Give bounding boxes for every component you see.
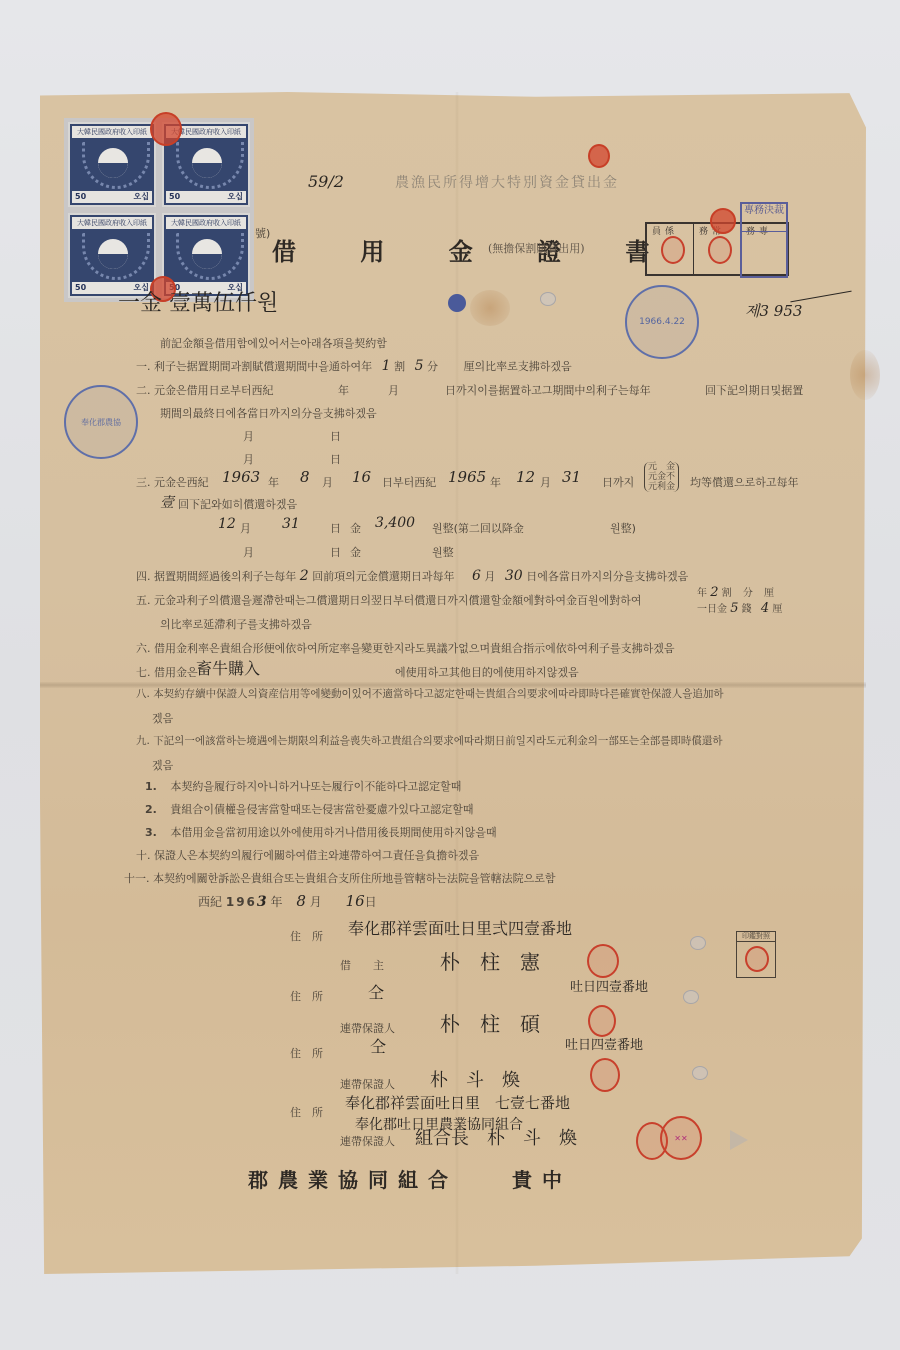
filled-value: 30 — [505, 568, 523, 584]
unit: 錢 — [742, 604, 752, 615]
red-seal-icon — [708, 236, 732, 264]
clause-number: 三. — [136, 476, 151, 489]
unit: 日 — [330, 451, 341, 467]
clause-text: 원整(第二回以降金 — [432, 520, 524, 536]
clause-number: 九. — [136, 735, 150, 747]
unit: 日 — [330, 428, 341, 444]
clause-text: 下記의一에該當하는境遇에는期限의利益을喪失하고貴組合의要求에따라期日前일지라도元… — [153, 735, 722, 747]
end-month: 12 — [516, 468, 535, 486]
stamp-issuer: 大韓民國政府收入印紙 — [72, 126, 152, 138]
late-rate-annual: 年 2 割 分 厘 — [697, 584, 774, 600]
clause-number: 十. — [136, 849, 151, 862]
address-label: 住 所 — [290, 988, 323, 1004]
stamp-issuer: 大韓民國政府收入印紙 — [166, 217, 246, 229]
clause-text: 日에各當日까지의分을支拂하겠음 — [526, 570, 688, 583]
clause-number: 六. — [136, 642, 151, 655]
stamp-value-korean: 오십 — [134, 191, 149, 203]
blue-postmark-icon: 奉化郡農協 — [64, 385, 138, 459]
cancelled-seal-icon: ✕✕ — [660, 1116, 702, 1160]
clause-text: 元金은借用日로부터西紀 — [154, 384, 274, 397]
document-title: 借 用 金 證 書 — [272, 232, 677, 267]
unit: 一日金 — [697, 604, 727, 615]
filled-value: 2 — [710, 585, 718, 600]
clause-text: 겠음 — [152, 757, 173, 773]
unit: 年 — [270, 895, 282, 909]
faint-header-text: 農漁民所得增大特別資金貸出金 — [395, 172, 619, 192]
taegeuk-icon — [192, 239, 222, 269]
reference-number: 59/2 — [308, 172, 344, 191]
red-seal-icon — [587, 944, 619, 978]
stamp-issuer: 大韓民國政府收入印紙 — [72, 217, 152, 229]
start-month: 8 — [300, 468, 310, 486]
clause-text: 겠음 — [152, 710, 173, 726]
filled-value: 4 — [761, 601, 769, 616]
loan-purpose: 畜牛購入 — [196, 656, 260, 679]
unit: 割 — [722, 588, 732, 599]
year-handwritten: 3 — [257, 894, 267, 910]
clause-text: 本契約存續中保證人의資産信用等에變動이있어不適當하다고認定한때는貴組合의要求에따… — [153, 688, 723, 700]
seal-verification-box: 印鑑對照 — [736, 931, 776, 978]
unit: 月 — [243, 451, 254, 467]
unit: 月 — [240, 520, 251, 536]
unit: 月 — [310, 895, 322, 909]
unit: 日 — [330, 544, 341, 560]
clause-3: 三. 元金은西紀 — [136, 474, 209, 490]
repayment-type-brace: 元 金 元金不 元利金 — [644, 462, 679, 492]
brace-option: 元 金 — [648, 462, 675, 472]
unit: 厘 — [764, 588, 774, 599]
guarantor3-name: 組合長 朴 斗 煥 — [415, 1124, 577, 1150]
handwritten-note: 吐日四壹番地 — [570, 976, 648, 995]
start-day: 16 — [352, 468, 371, 486]
addressee-honorific: 貴中 — [512, 1164, 572, 1193]
number-suffix: 號) — [255, 225, 270, 241]
day-handwritten: 16 — [346, 892, 365, 910]
unit: 年 — [338, 382, 349, 398]
postmark-office: 奉化郡農協 — [81, 417, 121, 428]
month-handwritten: 8 — [296, 892, 306, 910]
clause-10: 十. 保證人은本契約의履行에關하여借主와連帶하여그責任을負擔하겠음 — [136, 847, 479, 863]
postmark-date: 1966.4.22 — [639, 317, 685, 327]
start-year: 1963 — [222, 468, 260, 486]
clause-text: 据置期間經過後의利子는每年 — [154, 570, 296, 583]
clause-number: 二. — [136, 384, 151, 397]
unit: 日 — [330, 520, 341, 536]
role-label-guarantor: 連帶保證人 — [340, 1020, 395, 1036]
triangle-mark-icon — [730, 1130, 748, 1150]
clause-5: 五. 元金과利子의償還을遲滯한때는그償還期日의翌日부터償還日까지償還할金額에對하… — [136, 592, 642, 608]
signing-date: 西紀 1963 年 8 月 16日 — [198, 892, 377, 910]
red-seal-icon — [588, 144, 610, 168]
clause-number: 八. — [136, 688, 150, 700]
decision-box-label: 專務決裁 — [742, 204, 786, 232]
filled-value: 2 — [300, 568, 309, 584]
unit: 分 — [743, 588, 753, 599]
unit: 金 — [350, 520, 361, 536]
taegeuk-icon — [98, 239, 128, 269]
clause-text: 元金과利子의償還을遲滯한때는그償還期日의翌日부터償還日까지償還할金額에對하여金百… — [154, 594, 642, 607]
unit: 月 — [540, 474, 551, 490]
role-label-guarantor: 連帶保證人 — [340, 1076, 395, 1092]
filled-value: 壹 — [160, 492, 174, 512]
sub-item-number: 2. — [145, 803, 157, 816]
era-label: 西紀 — [198, 895, 222, 909]
filled-value: 5 — [730, 601, 738, 616]
unit: 分 — [427, 360, 438, 373]
clause-number: 五. — [136, 594, 151, 607]
taegeuk-icon — [98, 148, 128, 178]
unit: 月 — [388, 382, 399, 398]
red-seal-icon — [590, 1058, 620, 1092]
unit: 月 — [243, 544, 254, 560]
guarantor1-name: 朴 柱 碩 — [440, 1008, 540, 1037]
red-seal-icon — [661, 236, 685, 264]
clause-text: 借用金은 — [154, 666, 198, 679]
clause-text: 回前項의元金償還期日과每年 — [312, 570, 454, 583]
revenue-stamp: 大韓民國政府收入印紙 50오십 — [68, 122, 156, 207]
clause-number: 一. — [136, 360, 151, 373]
brace-option: 元利金 — [648, 482, 675, 492]
revenue-stamp-block: 大韓民國政府收入印紙 50오십 大韓民國政府收入印紙 50오십 大韓民國政府收入… — [64, 118, 254, 302]
clause-text: 日부터西紀 — [382, 474, 436, 490]
role-label-guarantor: 連帶保證人 — [340, 1133, 395, 1149]
end-day: 31 — [562, 468, 581, 486]
clause-text: 元金은西紀 — [154, 476, 209, 489]
clause-number: 十一. — [124, 872, 150, 885]
unit: 年 — [490, 474, 501, 490]
stamp-value-korean: 오십 — [228, 191, 243, 203]
clause-text: 借用金利率은貴組合形便에依하여所定率을變更한지라도異議가없으며貴組合指示에依하여… — [154, 642, 675, 655]
stamp-value: 50 — [75, 191, 86, 203]
filled-value: 6 — [472, 568, 481, 584]
red-seal-icon — [745, 946, 769, 972]
document-subtitle: (無擔保割賦貸出用) — [488, 240, 585, 256]
clause-text: 원整) — [610, 520, 636, 536]
stamp-value: 50 — [169, 191, 180, 203]
grey-mark-icon — [540, 292, 556, 306]
address-label: 住 所 — [290, 1045, 323, 1061]
role-label-borrower: 借 主 — [340, 957, 384, 973]
unit: 年 — [697, 588, 707, 599]
grey-mark-icon — [690, 936, 706, 950]
clause-text: 에使用하고其他目的에使用하지않겠음 — [395, 664, 579, 680]
red-seal-icon — [588, 1005, 616, 1037]
clause-4: 四. 据置期間經過後의利子는每年 2 回前項의元金償還期日과每年 6 月 30 … — [136, 568, 688, 584]
unit: 割 — [394, 360, 405, 373]
clause-9-sub-3: 3. 本借用金을當初用途以外에使用하거나借用後長期間使用하지않을때 — [145, 824, 497, 840]
filled-value: 1 — [382, 358, 391, 374]
clause-2: 二. 元金은借用日로부터西紀 — [136, 382, 274, 398]
approval-cell-clerk: 係員 — [647, 224, 694, 274]
seal-box-label: 印鑑對照 — [737, 932, 775, 942]
blue-seal-icon — [448, 294, 466, 312]
guarantor2-address: 仝 — [370, 1034, 386, 1057]
unit: 月 — [484, 570, 495, 583]
clause-7: 七. 借用金은 — [136, 664, 198, 680]
guarantor3-address: 奉化郡祥雲面吐日里 七壹七番地 — [345, 1092, 570, 1113]
brace-option: 元金不 — [648, 472, 675, 482]
addressee-organization: 郡農業協同組合 — [248, 1164, 458, 1193]
unit: 金 — [350, 544, 361, 560]
end-year: 1965 — [448, 468, 486, 486]
clause-1: 一. 利子는据置期間과割賦償還期間中을通하여年 1 割 5 分 厘의比率로支拂하… — [136, 358, 572, 374]
clause-text: 厘의比率로支拂하겠음 — [463, 360, 571, 373]
grey-mark-icon — [683, 990, 699, 1004]
year-printed: 196 — [226, 895, 257, 909]
guarantor2-name: 朴 斗 煥 — [430, 1066, 520, 1092]
clause-text: 日까지 — [602, 474, 634, 490]
clause-text: 日까지이를据置하고그期間中의利子는每年 — [445, 382, 651, 398]
decision-box: 專務決裁 — [740, 202, 788, 278]
clause-text: 원整 — [432, 544, 454, 560]
clause-9: 九. 下記의一에該當하는境遇에는期限의利益을喪失하고貴組合의要求에따라期日前일지… — [136, 733, 722, 748]
clause-text: 의比率로延滯利子를支拂하겠음 — [160, 616, 312, 632]
unit: 日 — [365, 895, 377, 909]
sub-item-number: 1. — [145, 780, 157, 793]
late-rate-daily: 一日金 5 錢 4 厘 — [697, 600, 782, 616]
repay-day: 31 — [282, 516, 300, 532]
guarantor1-address: 仝 — [368, 980, 384, 1003]
grey-mark-icon — [692, 1066, 708, 1080]
taegeuk-icon — [192, 148, 222, 178]
red-seal-icon — [150, 112, 182, 146]
clause-text: 回下記의期日및据置 — [705, 382, 803, 398]
sub-item-text: 本借用金을當初用途以外에使用하거나借用後長期間使用하지않을때 — [170, 826, 496, 839]
sub-item-number: 3. — [145, 826, 157, 839]
borrower-address: 奉化郡祥雲面吐日里弍四壹番地 — [348, 916, 572, 939]
clause-text: 本契約에關한訴訟은貴組合또는貴組合支所住所地를管轄하는法院을管轄法院으로함 — [153, 872, 556, 885]
borrower-name: 朴 柱 憲 — [440, 946, 540, 975]
unit: 月 — [243, 428, 254, 444]
unit: 月 — [322, 474, 333, 490]
clause-text: 期間의最終日에各當日까지의分을支拂하겠음 — [160, 405, 377, 421]
stamp-value: 50 — [75, 282, 86, 294]
paper-stain — [850, 350, 880, 400]
filled-value: 5 — [415, 358, 424, 374]
clause-6: 六. 借用金利率은貴組合形便에依하여所定率을變更한지라도異議가없으며貴組合指示에… — [136, 640, 675, 656]
sub-item-text: 貴組合이債權을侵害當할때또는侵害當한憂慮가있다고認定할때 — [170, 803, 473, 816]
repay-month: 12 — [218, 516, 236, 532]
red-seal-icon — [710, 208, 736, 234]
clause-text: 均等償還으로하고每年 — [690, 474, 799, 490]
clause-8: 八. 本契約存續中保證人의資産信用等에變動이있어不適當하다고認定한때는貴組合의要… — [136, 686, 724, 701]
intro-text: 前記金額을借用함에있어서는아래各項을契約함 — [160, 335, 387, 351]
repay-amount: 3,400 — [375, 515, 415, 531]
clause-text: 回下記와如히償還하겠음 — [178, 496, 297, 512]
sub-item-text: 本契約을履行하지아니하거나또는履行이不能하다고認定할때 — [170, 780, 461, 793]
handwritten-note: 吐日四壹番地 — [565, 1034, 643, 1053]
clause-9-sub-1: 1. 本契約을履行하지아니하거나또는履行이不能하다고認定할때 — [145, 778, 461, 794]
blue-postmark-icon: 1966.4.22 — [625, 285, 699, 359]
loan-amount: 一金 壹萬伍仟원 — [118, 286, 278, 317]
unit: 厘 — [772, 604, 782, 615]
clause-number: 四. — [136, 570, 151, 583]
unit: 年 — [268, 474, 279, 490]
receipt-note: 제3 953 — [745, 300, 802, 321]
address-label: 住 所 — [290, 1104, 323, 1120]
address-label: 住 所 — [290, 928, 323, 944]
paper-stain — [470, 290, 510, 326]
clause-number: 七. — [136, 666, 151, 679]
clause-9-sub-2: 2. 貴組合이債權을侵害當할때또는侵害當한憂慮가있다고認定할때 — [145, 801, 473, 817]
clause-11: 十一. 本契約에關한訴訟은貴組合또는貴組合支所住所地를管轄하는法院을管轄法院으로… — [124, 870, 556, 886]
clause-text: 保證人은本契約의履行에關하여借主와連帶하여그責任을負擔하겠음 — [154, 849, 479, 862]
clause-text: 利子는据置期間과割賦償還期間中을通하여年 — [154, 360, 372, 373]
